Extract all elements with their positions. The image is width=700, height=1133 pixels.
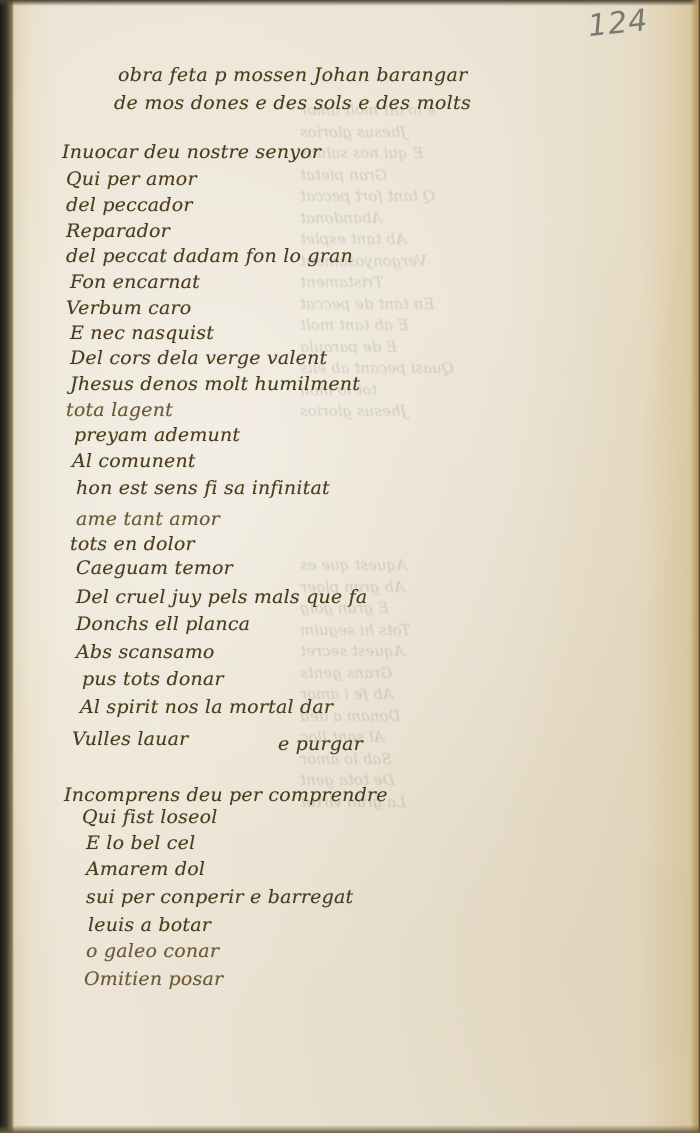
verse-line: Del cruel juy pels mals que fa	[76, 586, 367, 608]
bleed-through-line: Abandonat	[300, 208, 560, 230]
bleed-through-line: Grans gents	[300, 663, 560, 685]
verse-line: hon est sens fi sa infinitat	[76, 477, 330, 499]
folio-number: 124	[586, 3, 650, 44]
verse-line: o galeo conar	[86, 940, 219, 962]
verse-line: Al comunent	[72, 450, 196, 472]
verse-line: tota lagent	[66, 399, 173, 421]
page-top-edge	[0, 0, 700, 6]
bleed-through-line: En tant de peccat	[300, 294, 560, 316]
verse-line: leuis a botar	[88, 914, 211, 936]
verse-line: Donchs ell planca	[76, 613, 250, 635]
bleed-through-line: Gran pietat	[300, 165, 560, 187]
verse-line: Jhesus denos molt humilment	[70, 373, 360, 395]
verse-line: del peccador	[66, 194, 193, 216]
bleed-through-line: Aquest que es	[300, 555, 560, 577]
verse-line: Al spirit nos la mortal dar	[80, 696, 333, 718]
bleed-through-line: Tristament	[300, 272, 560, 294]
bleed-through-line: Jhesus glorios	[300, 122, 560, 144]
verse-line: Amarem dol	[86, 858, 205, 880]
heading-line-1: obra feta p mossen Johan barangar	[118, 64, 468, 86]
verse-line: E nec nasquist	[70, 322, 214, 344]
bleed-through-line: E ab tant molt	[300, 315, 560, 337]
heading-line-2: de mos dones e des sols e des molts	[114, 92, 471, 114]
verse-line: Del cors dela verge valent	[70, 347, 327, 369]
verse-line: Qui fist loseol	[82, 806, 218, 828]
verse-line: ame tant amor	[76, 508, 220, 530]
bleed-through-line: E de paraula	[300, 337, 560, 359]
verse-line: pus tots donar	[82, 668, 224, 690]
bleed-through-line: Tots hi seguim	[300, 620, 560, 642]
verse-line: Inuocar deu nostre senyor	[62, 141, 321, 163]
page-right-edge	[690, 0, 700, 1133]
manuscript-page: 124 e lo dit molt amorJhesus gloriosE qu…	[0, 0, 700, 1133]
verse-line: Reparador	[66, 220, 170, 242]
verse-line: Fon encarnat	[70, 271, 200, 293]
verse-line: Omitien posar	[84, 968, 223, 990]
verse-line: Caeguam temor	[76, 557, 233, 579]
verse-line: Vulles lauar	[72, 728, 188, 750]
verse-line: Verbum caro	[66, 297, 191, 319]
verse-line: Incomprens deu per comprendre	[64, 784, 388, 806]
bleed-through-line: Q tant fort peccat	[300, 186, 560, 208]
verse-line: sui per conperir e barregat	[86, 886, 353, 908]
verse-line: e purgar	[278, 733, 363, 755]
verse-line: Abs scansamo	[76, 641, 215, 663]
verse-line: del peccat dadam fon lo gran	[66, 245, 353, 267]
verse-line: tots en dolor	[70, 533, 195, 555]
bleed-through-line: E qui nos saluas	[300, 143, 560, 165]
verse-line: Qui per amor	[66, 168, 197, 190]
bleed-through-line: Ab fe i amor	[300, 684, 560, 706]
bleed-through-line: Aquest secret	[300, 641, 560, 663]
book-binding-edge	[0, 0, 14, 1133]
page-bottom-edge	[0, 1125, 700, 1133]
bleed-through-line: Donam a deu	[300, 706, 560, 728]
verse-line: preyam ademunt	[74, 424, 240, 446]
verse-line: E lo bel cel	[86, 832, 195, 854]
bleed-through-line: Jhesus glorios	[300, 401, 560, 423]
